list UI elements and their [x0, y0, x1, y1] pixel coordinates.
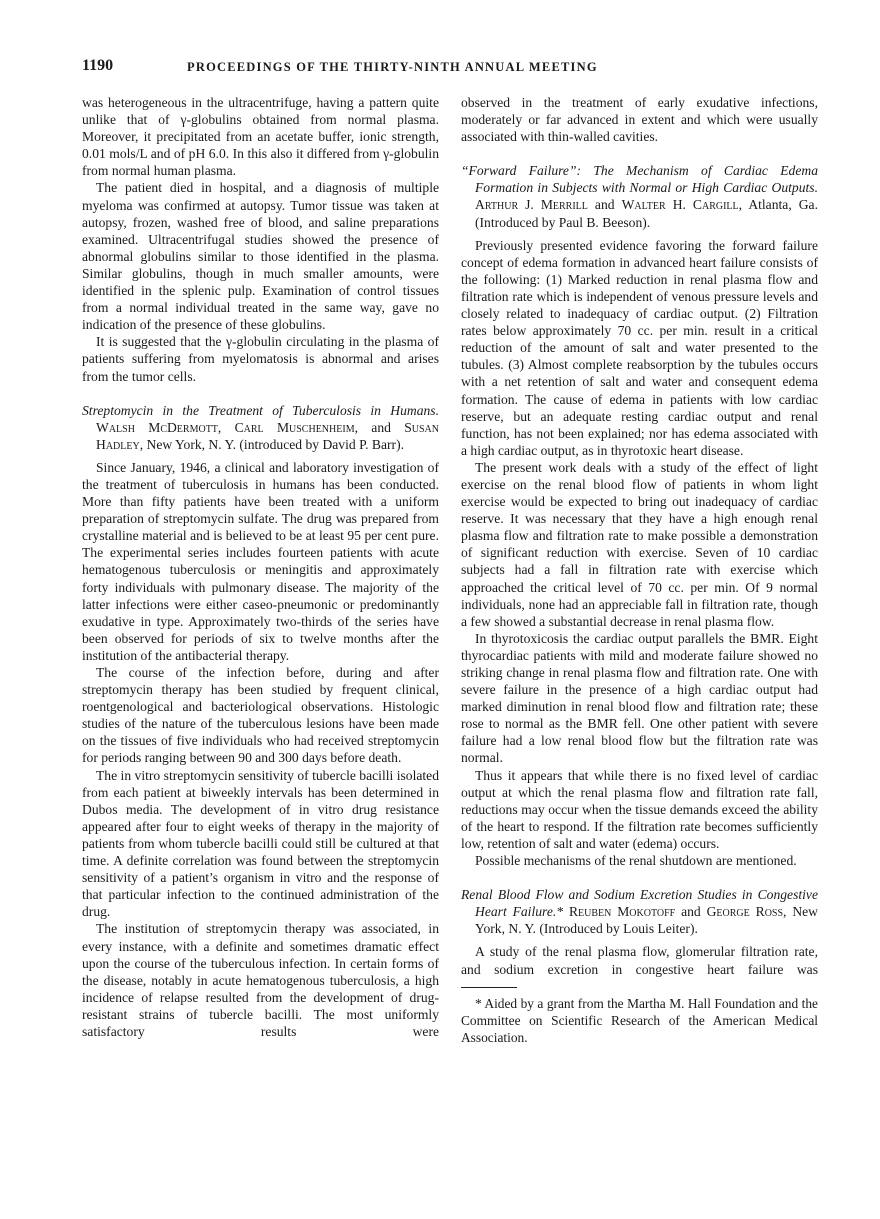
footnote: * Aided by a grant from the Martha M. Ha… — [461, 995, 818, 1046]
body-paragraph: A study of the renal plasma flow, glomer… — [461, 943, 818, 977]
body-paragraph: The course of the infection before, duri… — [82, 664, 439, 767]
author-conjunction: and — [371, 420, 404, 435]
continued-paragraph: was heterogeneous in the ultracentrifuge… — [82, 94, 439, 179]
body-paragraph: Thus it appears that while there is no f… — [461, 767, 818, 852]
body-paragraph: The present work deals with a study of t… — [461, 459, 818, 630]
section-gap — [461, 145, 818, 162]
article-author: Reuben Mokotoff — [569, 904, 675, 919]
article-title: Streptomycin in the Treatment of Tubercu… — [82, 403, 439, 418]
body-paragraph: It is suggested that the γ-globulin circ… — [82, 333, 439, 384]
section-gap — [461, 869, 818, 886]
body-paragraph: In thyrotoxicosis the cardiac output par… — [461, 630, 818, 767]
article-author: Walter H. Car­gill — [622, 197, 739, 212]
section-gap — [82, 385, 439, 402]
article-authors: Walsh McDermott, Carl Muschenheim, — [96, 420, 358, 435]
body-paragraph: The in vitro streptomycin sensitivity of… — [82, 767, 439, 921]
article-author: George Ross — [707, 904, 783, 919]
footnote-rule — [461, 987, 517, 988]
article-heading-renal-blood-flow: Renal Blood Flow and Sodium Excretion St… — [461, 886, 818, 937]
author-conjunction: and — [588, 197, 622, 212]
left-column: was heterogeneous in the ultracentrifuge… — [82, 94, 439, 1040]
article-heading-streptomycin: Streptomycin in the Treatment of Tubercu… — [82, 402, 439, 453]
article-heading-forward-failure: “Forward Failure”: The Mechanism of Card… — [461, 162, 818, 230]
author-conjunction: and — [675, 904, 706, 919]
body-paragraph: Since January, 1946, a clinical and labo… — [82, 459, 439, 664]
body-paragraph: Possible mechanisms of the renal shutdow… — [461, 852, 818, 869]
body-paragraph: The institution of streptomycin therapy … — [82, 920, 439, 1040]
running-head: 1190 PROCEEDINGS OF THE THIRTY-NINTH ANN… — [82, 57, 819, 77]
body-paragraph: The patient died in hospital, and a diag… — [82, 179, 439, 333]
article-author: Arthur J. Merrill — [475, 197, 588, 212]
article-title: “Forward Failure”: The Mechanism of Card… — [461, 163, 818, 195]
right-column: observed in the treatment of early exuda… — [461, 94, 818, 1046]
body-paragraph: Previously presented evidence favoring t… — [461, 237, 818, 459]
page-number: 1190 — [82, 57, 113, 75]
journal-title: PROCEEDINGS OF THE THIRTY-NINTH ANNUAL M… — [187, 60, 598, 75]
article-affiliation: , New York, N. Y. (introduced by David P… — [140, 437, 404, 452]
continued-paragraph: observed in the treatment of early exuda… — [461, 94, 818, 145]
